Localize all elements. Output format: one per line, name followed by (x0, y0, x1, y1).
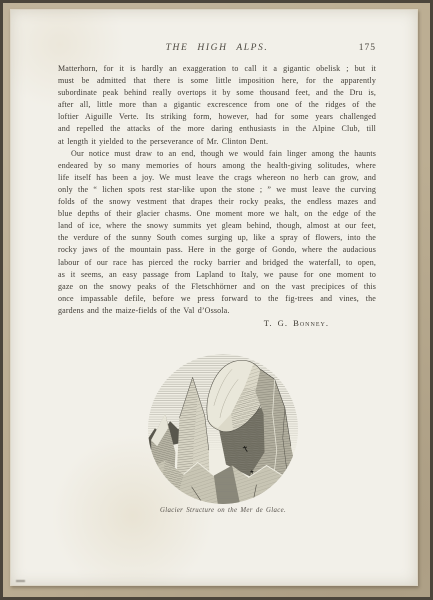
text-line: labour of our race has pierced the rocky… (58, 257, 376, 269)
author-signature: T. G. Bonney. (58, 317, 376, 330)
text-line: gardens and the maize-fields of the Val … (58, 305, 376, 317)
text-line: loftier Aiguille Verte. Its striking for… (58, 111, 376, 123)
text-line: folds of the snowy vestment that drapes … (58, 196, 376, 208)
text-line: rocky jaws of the mountain pass. Here in… (58, 244, 376, 256)
text-line: land of ice, where the snowy summits yet… (58, 220, 376, 232)
text-line: blue depths of their glacier chasms. One… (58, 208, 376, 220)
text-line: must be admitted that there is some litt… (58, 75, 376, 87)
text-line: Our notice must draw to an end, though w… (58, 148, 376, 160)
text-line: the verdure of the sunny South comes sur… (58, 232, 376, 244)
paragraph: Our notice must draw to an end, though w… (58, 148, 376, 317)
text-line: only the “ lichen spots rest star-like u… (58, 184, 376, 196)
book-page: THE HIGH ALPS. 175 Matterhorn, for it is… (10, 9, 418, 586)
page-title: THE HIGH ALPS. (58, 43, 376, 53)
text-line: life itself has been a joy. We must leav… (58, 172, 376, 184)
engraving-svg (147, 353, 299, 505)
page-number: 175 (359, 43, 376, 53)
text-line: subordinate peak behind really overtops … (58, 87, 376, 99)
text-line: gaze on the snowy peaks of the Fletschhö… (58, 281, 376, 293)
glacier-engraving-illustration (147, 353, 299, 505)
printers-mark (16, 580, 25, 582)
text-line: once impassable defile, before we press … (58, 293, 376, 305)
text-line: at length it yielded to the perseverance… (58, 136, 376, 148)
text-line: endeared by so many memories of hours am… (58, 160, 376, 172)
text-line: after all, little more than a gigantic e… (58, 99, 376, 111)
running-head: THE HIGH ALPS. 175 (58, 43, 376, 57)
illustration-caption: Glacier Structure on the Mer de Glace. (81, 507, 365, 514)
text-line: Matterhorn, for it is hardly an exaggera… (58, 63, 376, 75)
article-body: Matterhorn, for it is hardly an exaggera… (58, 63, 376, 330)
paragraph: Matterhorn, for it is hardly an exaggera… (58, 63, 376, 148)
text-line: and repelled the attacks of the more dar… (58, 123, 376, 135)
text-line: as it seems, an easy passage from Laplan… (58, 269, 376, 281)
